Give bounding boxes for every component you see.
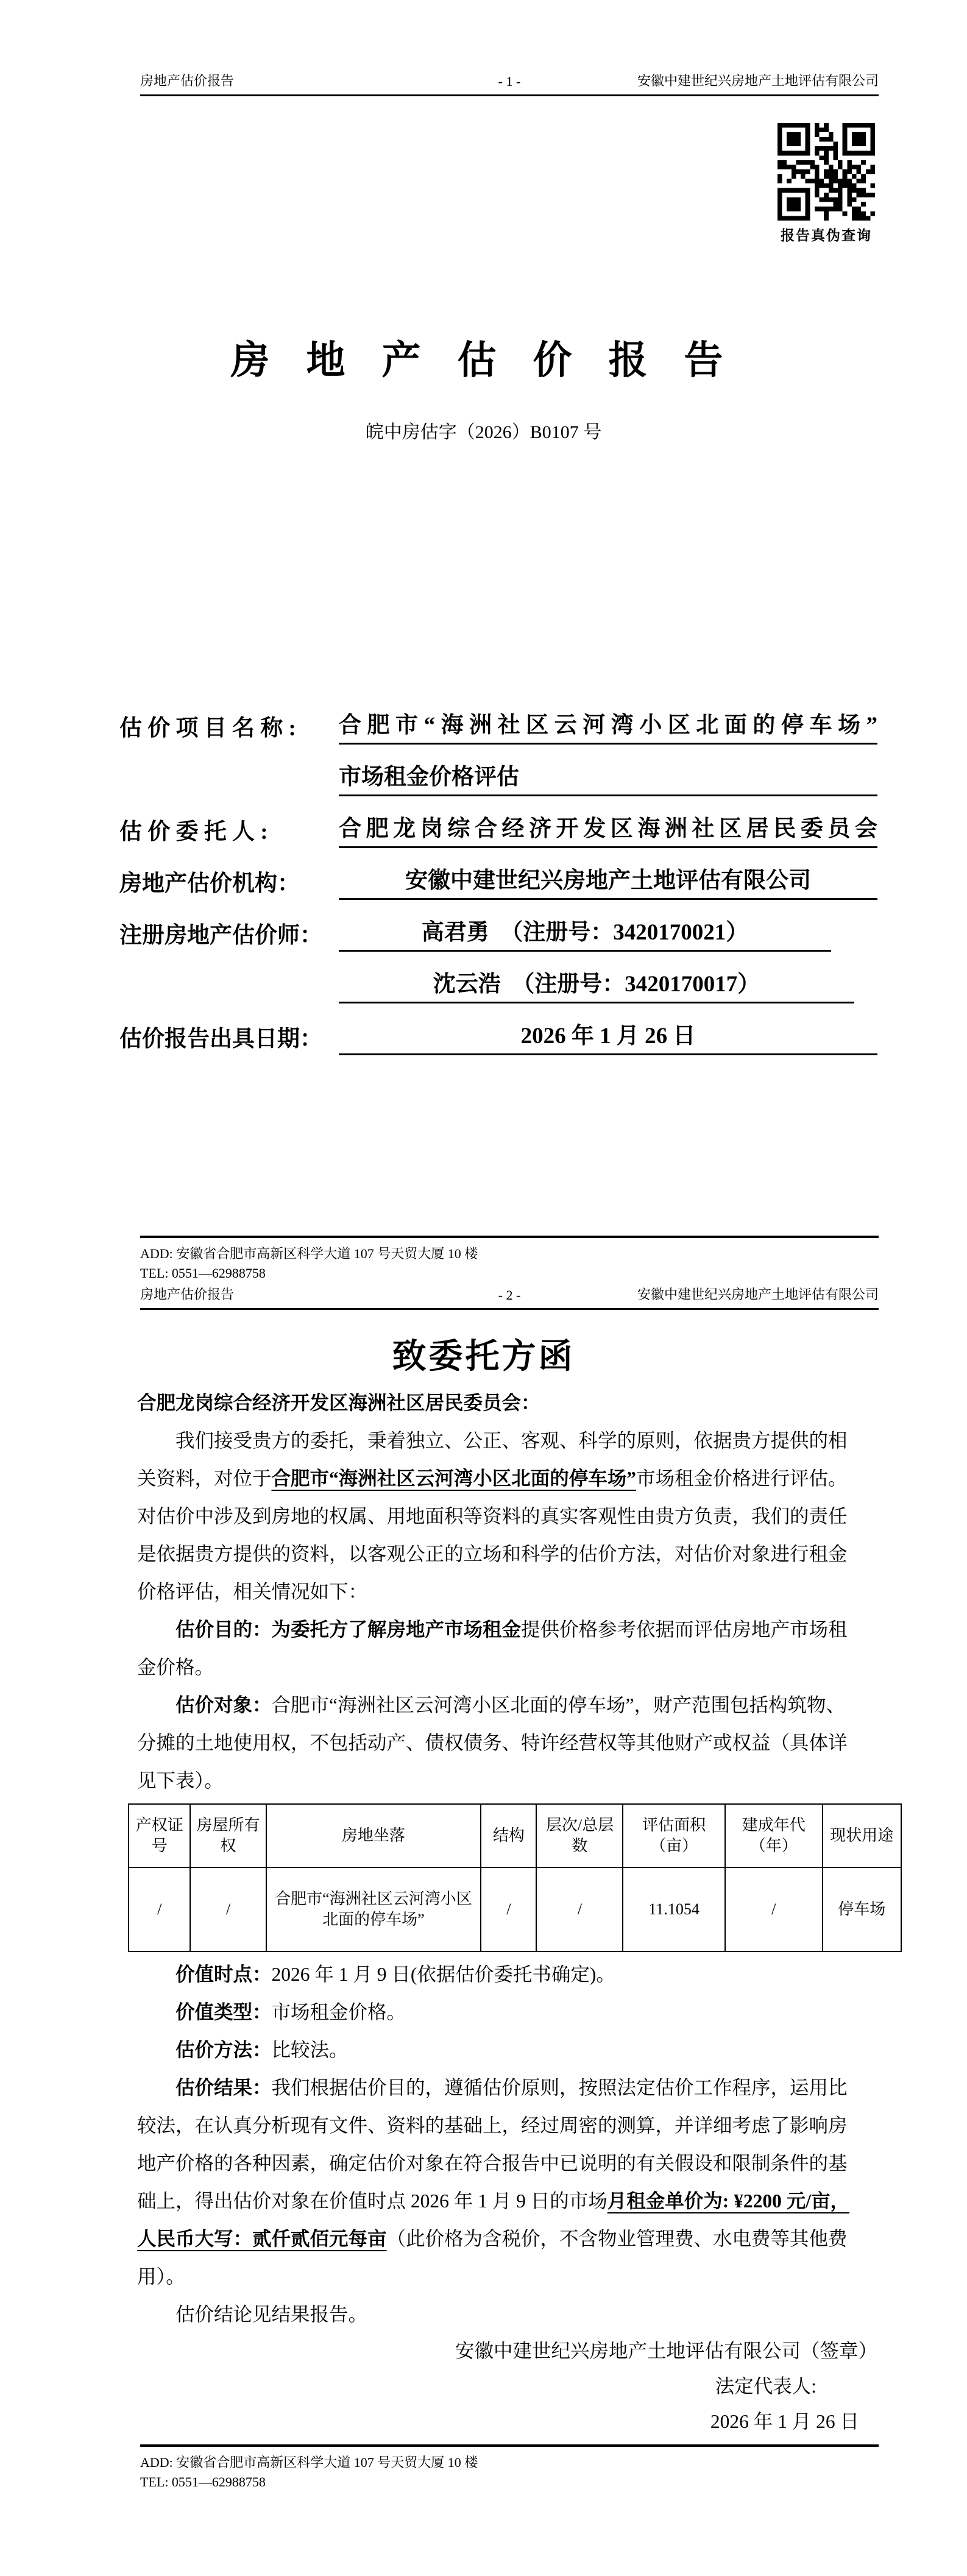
cell-location: 合肥市“海洲社区云河湾小区北面的停车场”: [266, 1867, 481, 1951]
header-company: 安徽中建世纪兴房地产土地评估有限公司: [637, 1284, 879, 1303]
body-line: 估价对象：合肥市“海洲社区云河湾小区北面的停车场”，财产范围包括构筑物、: [137, 1686, 877, 1724]
qr-code-icon: [777, 123, 875, 221]
field-agency-label: 房地产估价机构：: [119, 868, 300, 900]
letter-title: 致委托方函: [0, 1329, 967, 1378]
qr-caption: 报告真伪查询: [774, 224, 879, 244]
col-header: 现状用途: [823, 1804, 901, 1867]
cell-cert-no: /: [129, 1867, 190, 1951]
field-client-value: 合肥龙岗综合经济开发区海洲社区居民委员会: [339, 813, 877, 848]
qr-verify-block: 报告真伪查询: [774, 123, 879, 244]
table-row: / / 合肥市“海洲社区云河湾小区北面的停车场” / / 11.1054 / 停…: [129, 1867, 901, 1951]
body-line: 估价方法：比较法。: [137, 2031, 877, 2069]
signature-date: 2026 年 1 月 26 日: [137, 2404, 877, 2440]
body-line: 较法，在认真分析现有文件、资料的基础上，经过周密的测算，并详细考虑了影响房: [137, 2107, 877, 2145]
body-line: 用）。: [137, 2258, 877, 2296]
field-agency: 房地产估价机构： 安徽中建世纪兴房地产土地评估有限公司: [0, 865, 967, 900]
col-header: 房地坐落: [266, 1804, 481, 1867]
appraisal-object-table: 产权证号 房屋所有权 房地坐落 结构 层次/总层数 评估面积（亩） 建成年代（年…: [128, 1803, 902, 1952]
body-line: 价值类型：市场租金价格。: [137, 1994, 877, 2031]
report-document: 房地产估价报告 - 1 - 安徽中建世纪兴房地产土地评估有限公司 报告真伪查询 …: [0, 0, 967, 2576]
field-client-label: 估 价 委 托 人 :: [119, 816, 268, 848]
header-company: 安徽中建世纪兴房地产土地评估有限公司: [637, 71, 879, 90]
field-project-name-line2: 市场租金价格评估: [0, 761, 967, 796]
cell-year: /: [725, 1867, 823, 1951]
body-line: 我们接受贵方的委托，秉着独立、公正、客观、科学的原则，依据贵方提供的相: [137, 1422, 877, 1460]
body-line: 对估价中涉及到房地的权属、用地面积等资料的真实客观性由贵方负责，我们的责任: [137, 1498, 877, 1535]
body-line: 关资料，对位于合肥市“海洲社区云河湾小区北面的停车场”市场租金价格进行评估。: [137, 1460, 877, 1498]
col-header: 建成年代（年）: [725, 1804, 823, 1867]
col-header: 评估面积（亩）: [623, 1804, 724, 1867]
report-title: 房 地 产 估 价 报 告: [0, 329, 967, 385]
field-project-value: 合肥市“海洲社区云河湾小区北面的停车场”: [339, 710, 877, 745]
page2-footer: ADD: 安徽省合肥市高新区科学大道 107 号天贸大厦 10 楼 TEL: 0…: [140, 2444, 879, 2492]
page1-footer: ADD: 安徽省合肥市高新区科学大道 107 号天贸大厦 10 楼 TEL: 0…: [140, 1236, 879, 1283]
field-appraiser2-value: 沈云浩 （注册号：3420170017）: [339, 969, 854, 1003]
cell-area: 11.1054: [623, 1867, 724, 1951]
signature-block: 安徽中建世纪兴房地产土地评估有限公司（签章） 法定代表人: 2026 年 1 月…: [137, 2334, 877, 2440]
table-header-row: 产权证号 房屋所有权 房地坐落 结构 层次/总层数 评估面积（亩） 建成年代（年…: [129, 1804, 901, 1867]
page1-header: 房地产估价报告 - 1 - 安徽中建世纪兴房地产土地评估有限公司: [140, 71, 879, 96]
signature-legal-rep: 法定代表人:: [137, 2369, 877, 2404]
field-report-date: 估价报告出具日期： 2026 年 1 月 26 日: [0, 1020, 967, 1055]
body-line: 见下表）。: [137, 1762, 877, 1800]
body-line: 价值时点：2026 年 1 月 9 日(依据估价委托书确定)。: [137, 1956, 877, 1994]
body-line: 估价目的：为委托方了解房地产市场租金提供价格参考依据而评估房地产市场租: [137, 1611, 877, 1649]
footer-tel: TEL: 0551—62988758: [140, 2472, 879, 2492]
field-appraiser-label: 注册房地产估价师：: [119, 920, 322, 952]
body-line: 分摊的土地使用权，不包括动产、债权债务、特许经营权等其他财产或权益（具体详: [137, 1724, 877, 1762]
col-header: 产权证号: [129, 1804, 190, 1867]
footer-tel: TEL: 0551—62988758: [140, 1264, 879, 1283]
cell-structure: /: [481, 1867, 536, 1951]
field-client: 估 价 委 托 人 : 合肥龙岗综合经济开发区海洲社区居民委员会: [0, 813, 967, 848]
cell-floors: /: [536, 1867, 623, 1951]
col-header: 结构: [481, 1804, 536, 1867]
field-appraiser-1: 注册房地产估价师： 高君勇 （注册号：3420170021）: [0, 916, 967, 952]
signature-company: 安徽中建世纪兴房地产土地评估有限公司（签章）: [137, 2334, 877, 2369]
body-line: 地产价格的各种因素，确定估价对象在符合报告中已说明的有关假设和限制条件的基: [137, 2145, 877, 2182]
field-date-label: 估价报告出具日期：: [119, 1024, 322, 1055]
body-line: 人民币大写：贰仟贰佰元每亩（此价格为含税价，不含物业管理费、水电费等其他费: [137, 2220, 877, 2258]
body-line: 估价结论见结果报告。: [137, 2296, 877, 2334]
page2-header: 房地产估价报告 - 2 - 安徽中建世纪兴房地产土地评估有限公司: [140, 1284, 879, 1310]
field-project-value-line2: 市场租金价格评估: [339, 762, 877, 796]
col-header: 层次/总层数: [536, 1804, 623, 1867]
report-number: 皖中房估字（2026）B0107 号: [0, 417, 967, 444]
cell-usage: 停车场: [823, 1867, 901, 1951]
body-line: 价格评估，相关情况如下：: [137, 1573, 877, 1611]
letter-body: 合肥龙岗综合经济开发区海洲社区居民委员会： 我们接受贵方的委托，秉着独立、公正、…: [137, 1384, 877, 2440]
cell-ownership: /: [190, 1867, 266, 1951]
body-line: 础上，得出估价对象在价值时点 2026 年 1 月 9 日的市场月租金单价为: …: [137, 2182, 877, 2220]
footer-address: ADD: 安徽省合肥市高新区科学大道 107 号天贸大厦 10 楼: [140, 1244, 879, 1264]
field-appraiser1-value: 高君勇 （注册号：3420170021）: [339, 917, 831, 952]
body-line: 金价格。: [137, 1649, 877, 1686]
field-project-name: 估 价 项 目 名 称 : 合肥市“海洲社区云河湾小区北面的停车场”: [0, 709, 967, 745]
footer-address: ADD: 安徽省合肥市高新区科学大道 107 号天贸大厦 10 楼: [140, 2453, 879, 2472]
body-line: 估价结果：我们根据估价目的，遵循估价原则，按照法定估价工作程序，运用比: [137, 2069, 877, 2107]
field-project-label: 估 价 项 目 名 称 :: [119, 713, 296, 745]
field-agency-value: 安徽中建世纪兴房地产土地评估有限公司: [339, 865, 877, 900]
body-line: 是依据贵方提供的资料，以客观公正的立场和科学的估价方法，对估价对象进行租金: [137, 1535, 877, 1573]
field-date-value: 2026 年 1 月 26 日: [339, 1021, 877, 1055]
field-appraiser-2: 沈云浩 （注册号：3420170017）: [0, 968, 967, 1003]
salutation: 合肥龙岗综合经济开发区海洲社区居民委员会：: [137, 1384, 877, 1422]
col-header: 房屋所有权: [190, 1804, 266, 1867]
